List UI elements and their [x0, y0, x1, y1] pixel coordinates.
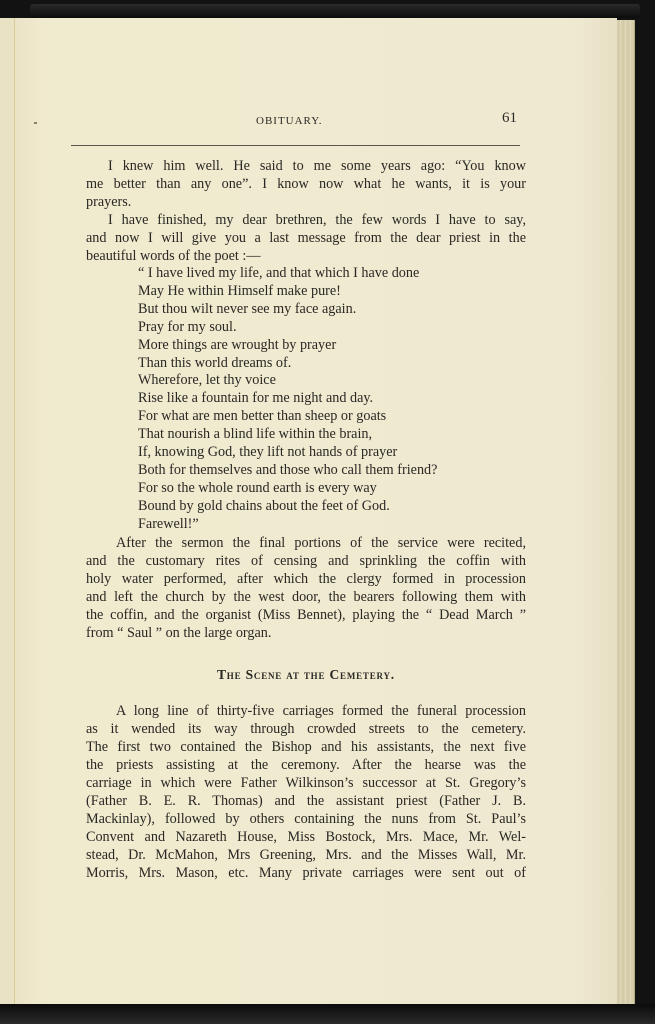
- poem-line: May He within Himself make pure!: [138, 283, 526, 301]
- header-rule: [71, 145, 520, 146]
- text-line: the coffin, and the organist (Miss Benne…: [86, 606, 526, 624]
- text-line: A long line of thirty-five carriages for…: [86, 702, 526, 720]
- text-line: carriage in which were Father Wilkinson’…: [86, 774, 526, 792]
- text-line: from “ Saul ” on the large organ.: [86, 624, 526, 642]
- paragraph-2: I have finished, my dear brethren, the f…: [86, 211, 526, 265]
- poem-line: That nourish a blind life within the bra…: [138, 426, 526, 444]
- stray-mark: [34, 122, 37, 124]
- poem-line: Both for themselves and those who call t…: [138, 462, 526, 480]
- paragraph-4: A long line of thirty-five carriages for…: [86, 702, 526, 882]
- poem-line: “ I have lived my life, and that which I…: [138, 265, 526, 283]
- running-title: OBITUARY.: [256, 115, 323, 127]
- body-text: I knew him well. He said to me some year…: [86, 157, 526, 882]
- text-line: I have finished, my dear brethren, the f…: [86, 211, 526, 229]
- poem-line: Bound by gold chains about the feet of G…: [138, 498, 526, 516]
- text-line: as it wended its way through crowded str…: [86, 720, 526, 738]
- text-line: and left the church by the west door, th…: [86, 588, 526, 606]
- running-head: OBITUARY. 61: [71, 98, 519, 124]
- poem-line: For so the whole round earth is every wa…: [138, 480, 526, 498]
- section-heading: The Scene at the Cemetery.: [86, 666, 526, 684]
- poem-line: Farewell!”: [138, 516, 526, 534]
- book-cover-top-edge: [30, 4, 640, 18]
- text-line: The first two contained the Bishop and h…: [86, 738, 526, 756]
- poem-line: For what are men better than sheep or go…: [138, 408, 526, 426]
- text-line: prayers.: [86, 193, 526, 211]
- poem-line: But thou wilt never see my face again.: [138, 301, 526, 319]
- text-line: beautiful words of the poet :—: [86, 247, 526, 265]
- text-line: me better than any one”. I know now what…: [86, 175, 526, 193]
- text-line: holy water performed, after which the cl…: [86, 570, 526, 588]
- text-line: the priests assisting at the ceremony. A…: [86, 756, 526, 774]
- poem-line: More things are wrought by prayer: [138, 337, 526, 355]
- paragraph-1: I knew him well. He said to me some year…: [86, 157, 526, 211]
- poem-line: Rise like a fountain for me night and da…: [138, 390, 526, 408]
- poem-line: If, knowing God, they lift not hands of …: [138, 444, 526, 462]
- text-line: stead, Dr. McMahon, Mrs Greening, Mrs. a…: [86, 846, 526, 864]
- text-line: Mackinlay), followed by others containin…: [86, 810, 526, 828]
- text-line: and now I will give you a last message f…: [86, 229, 526, 247]
- text-line: After the sermon the final portions of t…: [86, 534, 526, 552]
- poem-line: Pray for my soul.: [138, 319, 526, 337]
- text-line: and the customary rites of censing and s…: [86, 552, 526, 570]
- text-line: Morris, Mrs. Mason, etc. Many private ca…: [86, 864, 526, 882]
- text-line: I knew him well. He said to me some year…: [86, 157, 526, 175]
- poem-line: Than this world dreams of.: [138, 355, 526, 373]
- text-line: (Father B. E. R. Thomas) and the assista…: [86, 792, 526, 810]
- book-cover-bottom-edge: [0, 1004, 655, 1024]
- text-line: Convent and Nazareth House, Miss Bostock…: [86, 828, 526, 846]
- paragraph-3: After the sermon the final portions of t…: [86, 534, 526, 642]
- page-number: 61: [502, 110, 517, 127]
- poem-quotation: “ I have lived my life, and that which I…: [86, 265, 526, 534]
- poem-line: Wherefore, let thy voice: [138, 372, 526, 390]
